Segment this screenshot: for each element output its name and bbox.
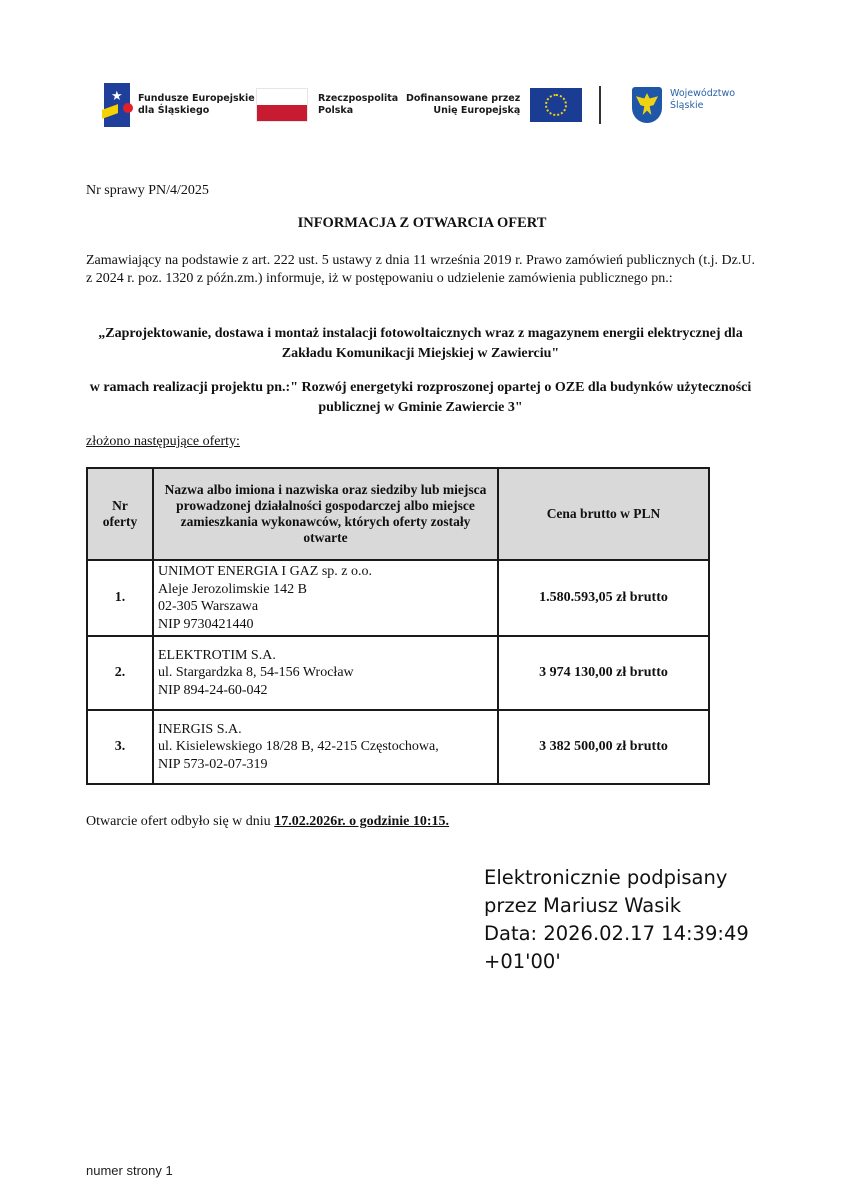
project-name: w ramach realizacji projektu pn.:" Rozwó… bbox=[86, 378, 755, 418]
opening-statement: Otwarcie ofert odbyło się w dniu 17.02.2… bbox=[86, 814, 449, 830]
logo-rzeczpospolita-polska: Rzeczpospolita Polska bbox=[256, 80, 398, 130]
contractor-nip: NIP 573-02-07-319 bbox=[158, 756, 493, 774]
contractor-city: 02-305 Warszawa bbox=[158, 598, 493, 616]
contractor-details: UNIMOT ENERGIA I GAZ sp. z o.o. Aleje Je… bbox=[153, 560, 498, 636]
fe-label-2: dla Śląskiego bbox=[138, 105, 255, 117]
contractor-address: ul. Stargardzka 8, 54-156 Wrocław bbox=[158, 664, 493, 682]
table-row: 2. ELEKTROTIM S.A. ul. Stargardzka 8, 54… bbox=[87, 636, 709, 710]
page-number: numer strony 1 bbox=[86, 1163, 173, 1178]
contractor-street: Aleje Jerozolimskie 142 B bbox=[158, 581, 493, 599]
table-header-row: Nr oferty Nazwa albo imiona i nazwiska o… bbox=[87, 468, 709, 560]
opening-datetime: 17.02.2026r. o godzinie 10:15. bbox=[274, 814, 449, 829]
signature-timezone: +01'00' bbox=[484, 948, 749, 976]
logo-fundusze-europejskie: ★ Fundusze Europejskie dla Śląskiego bbox=[104, 80, 255, 130]
offer-number: 1. bbox=[87, 560, 153, 636]
intro-paragraph: Zamawiający na podstawie z art. 222 ust.… bbox=[86, 252, 755, 288]
rp-label-2: Polska bbox=[318, 105, 398, 117]
offer-price: 3 974 130,00 zł brutto bbox=[498, 636, 709, 710]
header-gross-price: Cena brutto w PLN bbox=[498, 468, 709, 560]
ws-label-2: Śląskie bbox=[670, 100, 735, 112]
contractor-details: ELEKTROTIM S.A. ul. Stargardzka 8, 54-15… bbox=[153, 636, 498, 710]
eu-label-1: Dofinansowane przez bbox=[406, 93, 520, 105]
contractor-address: ul. Kisielewskiego 18/28 B, 42-215 Częst… bbox=[158, 738, 493, 756]
table-row: 3. INERGIS S.A. ul. Kisielewskiego 18/28… bbox=[87, 710, 709, 784]
eu-flag-icon bbox=[530, 88, 582, 122]
contractor-nip: NIP 894-24-60-042 bbox=[158, 682, 493, 700]
contractor-details: INERGIS S.A. ul. Kisielewskiego 18/28 B,… bbox=[153, 710, 498, 784]
silesian-eagle-crest-icon bbox=[632, 87, 662, 123]
case-number: Nr sprawy PN/4/2025 bbox=[86, 183, 209, 199]
document-title: INFORMACJA Z OTWARCIA OFERT bbox=[0, 215, 844, 232]
signature-line-2: przez Mariusz Wasik bbox=[484, 892, 749, 920]
fe-label-1: Fundusze Europejskie bbox=[138, 93, 255, 105]
eu-label-2: Unię Europejską bbox=[406, 105, 520, 117]
header-offer-number: Nr oferty bbox=[87, 468, 153, 560]
offers-table: Nr oferty Nazwa albo imiona i nazwiska o… bbox=[86, 467, 710, 785]
logo-wojewodztwo-slaskie: Województwo Śląskie bbox=[632, 80, 735, 130]
logo-divider bbox=[599, 86, 601, 124]
header-contractor: Nazwa albo imiona i nazwiska oraz siedzi… bbox=[153, 468, 498, 560]
fe-emblem-icon: ★ bbox=[104, 83, 130, 127]
offers-label: złożono następujące oferty: bbox=[86, 434, 240, 450]
logo-eu: Dofinansowane przez Unię Europejską bbox=[406, 80, 582, 130]
offer-price: 1.580.593,05 zł brutto bbox=[498, 560, 709, 636]
contractor-name: ELEKTROTIM S.A. bbox=[158, 647, 493, 665]
table-row: 1. UNIMOT ENERGIA I GAZ sp. z o.o. Aleje… bbox=[87, 560, 709, 636]
procurement-subject: „Zaprojektowanie, dostawa i montaż insta… bbox=[86, 324, 755, 364]
opening-prefix: Otwarcie ofert odbyło się w dniu bbox=[86, 814, 274, 829]
rp-label-1: Rzeczpospolita bbox=[318, 93, 398, 105]
ws-label-1: Województwo bbox=[670, 88, 735, 100]
offer-price: 3 382 500,00 zł brutto bbox=[498, 710, 709, 784]
signature-date: Data: 2026.02.17 14:39:49 bbox=[484, 920, 749, 948]
contractor-name: UNIMOT ENERGIA I GAZ sp. z o.o. bbox=[158, 563, 493, 581]
offer-number: 2. bbox=[87, 636, 153, 710]
offer-number: 3. bbox=[87, 710, 153, 784]
logo-bar: ★ Fundusze Europejskie dla Śląskiego Rze… bbox=[100, 80, 760, 130]
signature-line-1: Elektronicznie podpisany bbox=[484, 864, 749, 892]
electronic-signature: Elektronicznie podpisany przez Mariusz W… bbox=[484, 864, 749, 976]
contractor-name: INERGIS S.A. bbox=[158, 721, 493, 739]
contractor-nip: NIP 9730421440 bbox=[158, 616, 493, 634]
polish-flag-icon bbox=[256, 88, 308, 122]
